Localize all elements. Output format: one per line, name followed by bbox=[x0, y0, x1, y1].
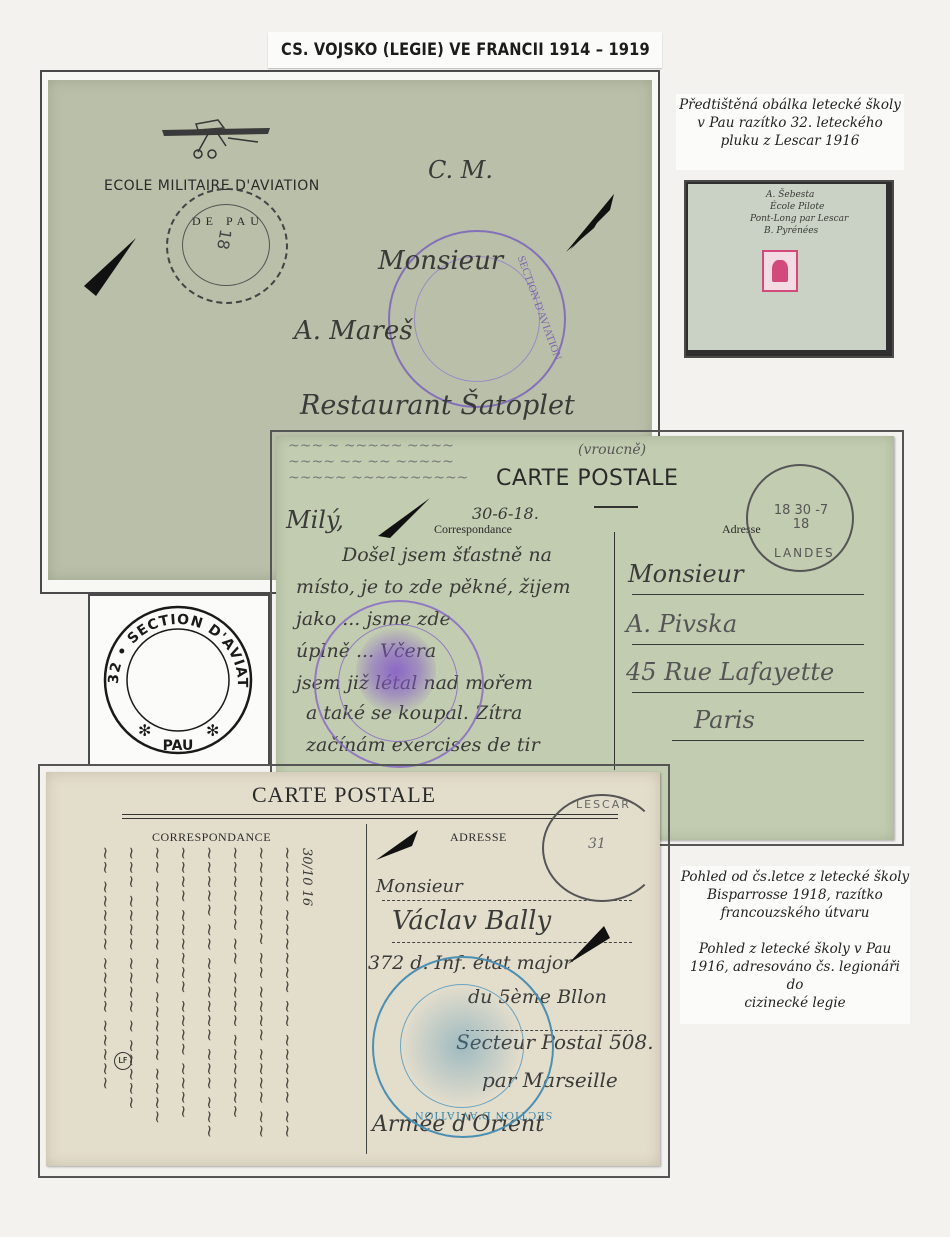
envelope-address-line-3: A. Mareš bbox=[294, 316, 413, 346]
envelope-back-sender-4: B. Pyrénées bbox=[764, 226, 818, 236]
pointer-arrow-icon bbox=[374, 828, 420, 862]
cream-postcard-heading: CARTE POSTALE bbox=[252, 782, 436, 808]
caption-envelope: Předtištěná obálka letecké školy v Pau r… bbox=[676, 94, 904, 170]
lescar-postmark: 18 bbox=[166, 188, 288, 304]
address-rule bbox=[632, 692, 864, 693]
green-message-line-1: Došel jsem šťastně na bbox=[342, 544, 552, 566]
stamp-outer-text: 32 • SECTION D'AVIATION bbox=[98, 602, 250, 689]
green-postcard-header-scribble-lines: ~~~ ~ ~~~~~ ~~~~~~~~ ~~ ~~ ~~~~~~~~~~ ~~… bbox=[288, 438, 468, 486]
lescar-postmark-2: LESCAR 31 bbox=[542, 794, 662, 902]
pointer-arrow-icon bbox=[376, 496, 432, 540]
green-address-line-2: A. Pivska bbox=[626, 610, 737, 638]
caption-line: Předtištěná obálka letecké školy bbox=[676, 96, 904, 114]
stamp-bottom-text: PAU bbox=[163, 738, 194, 754]
caption-line: Bisparrosse 1918, razítko bbox=[680, 886, 910, 904]
envelope-address-line-4: Restaurant Šatoplet bbox=[300, 390, 575, 421]
cream-postcard: CARTE POSTALE CORRESPONDANCE ADRESSE ~~~… bbox=[46, 772, 660, 1166]
svg-text:32 • SECTION D'AVIATION: 32 • SECTION D'AVIATION bbox=[98, 602, 250, 689]
lescar-postmark-2-top: LESCAR bbox=[576, 798, 631, 811]
envelope-address-line-1: C. M. bbox=[428, 156, 493, 184]
airplane-icon bbox=[158, 116, 278, 164]
page-title: CS. VOJSKO (LEGIE) VE FRANCII 1914 – 191… bbox=[281, 40, 650, 60]
green-postcard-date: 30-6-18. bbox=[472, 504, 539, 523]
caption-line: Pohled z letecké školy v Pau bbox=[680, 940, 910, 958]
green-divider bbox=[614, 532, 615, 770]
envelope-address-line-2: Monsieur bbox=[378, 246, 503, 276]
green-cachet-purple bbox=[314, 600, 484, 768]
cream-address-line-2: Václav Bally bbox=[392, 906, 551, 936]
envelope-back-sender-2: École Pilote bbox=[770, 202, 824, 212]
caption-postcards: Pohled od čs.letce z letecké školy Bispa… bbox=[680, 866, 910, 1024]
pointer-arrow-icon bbox=[566, 924, 612, 966]
cream-address-line-1: Monsieur bbox=[376, 876, 463, 897]
svg-text:✻: ✻ bbox=[206, 721, 219, 740]
publisher-logo: LF bbox=[114, 1052, 132, 1070]
address-rule bbox=[632, 644, 864, 645]
postage-stamp bbox=[762, 250, 798, 292]
envelope-back-sender-3: Pont-Long par Lescar bbox=[750, 214, 848, 224]
lescar-postmark-date: 18 bbox=[213, 228, 235, 251]
aviation-cachet-blue: SECTION D'AVIATION bbox=[372, 956, 554, 1138]
address-rule bbox=[672, 740, 864, 741]
caption-line: v Pau razítko 32. leteckého bbox=[676, 114, 904, 132]
envelope-back-sender-1: A. Šebesta bbox=[766, 190, 814, 200]
biscarrosse-postmark: 18 30 -7 18 LANDES bbox=[746, 464, 854, 572]
green-address-line-1: Monsieur bbox=[628, 560, 744, 588]
address-rule bbox=[632, 594, 864, 595]
stamp-illustration-mount: 32 • SECTION D'AVIATION PAU ✻ ✻ bbox=[88, 594, 270, 766]
heading-underline bbox=[594, 506, 638, 508]
cream-message-block: ~~~~ ~~~~~~ ~~ ~~~~~ ~~~~~~~~~ ~~ ~~~~ ~… bbox=[92, 846, 300, 1226]
cream-correspondence-label: CORRESPONDANCE bbox=[152, 830, 271, 845]
green-postcard-scribble: (vroucně) bbox=[578, 442, 646, 458]
pointer-arrow-icon bbox=[564, 192, 616, 254]
biscarrosse-postmark-date: 18 30 -7 18 bbox=[766, 504, 836, 532]
caption-line: pluku z Lescar 1916 bbox=[676, 132, 904, 150]
cream-address-label: ADRESSE bbox=[450, 830, 507, 845]
lescar-postmark-2-date: 31 bbox=[588, 836, 606, 852]
page-title-label: CS. VOJSKO (LEGIE) VE FRANCII 1914 – 191… bbox=[268, 32, 662, 68]
caption-line: cizinecké legie bbox=[680, 994, 910, 1012]
green-correspondence-label: Correspondance bbox=[434, 522, 512, 537]
green-message-line-2: místo, je to zde pěkné, žijem bbox=[296, 576, 570, 598]
green-address-line-3: 45 Rue Lafayette bbox=[626, 658, 834, 686]
caption-line: 1916, adresováno čs. legionáři do bbox=[680, 958, 910, 994]
green-postcard-heading: CARTE POSTALE bbox=[496, 466, 678, 491]
blue-cachet-text: SECTION D'AVIATION bbox=[414, 1108, 552, 1123]
pointer-arrow-icon bbox=[82, 236, 138, 298]
cream-postcard-date: 30/10 16 bbox=[299, 848, 314, 906]
cream-divider bbox=[366, 824, 367, 1154]
heading-rule bbox=[122, 814, 618, 819]
biscarrosse-postmark-bottom: LANDES bbox=[774, 546, 835, 560]
aviation-stamp-drawing: 32 • SECTION D'AVIATION PAU ✻ ✻ bbox=[98, 602, 258, 758]
caption-line: francouzského útvaru bbox=[680, 904, 910, 922]
green-postcard-greeting: Milý, bbox=[286, 506, 344, 534]
envelope-back: A. Šebesta École Pilote Pont-Long par Le… bbox=[688, 184, 886, 350]
caption-line: Pohled od čs.letce z letecké školy bbox=[680, 868, 910, 886]
green-address-line-4: Paris bbox=[694, 706, 755, 734]
svg-text:✻: ✻ bbox=[138, 721, 151, 740]
